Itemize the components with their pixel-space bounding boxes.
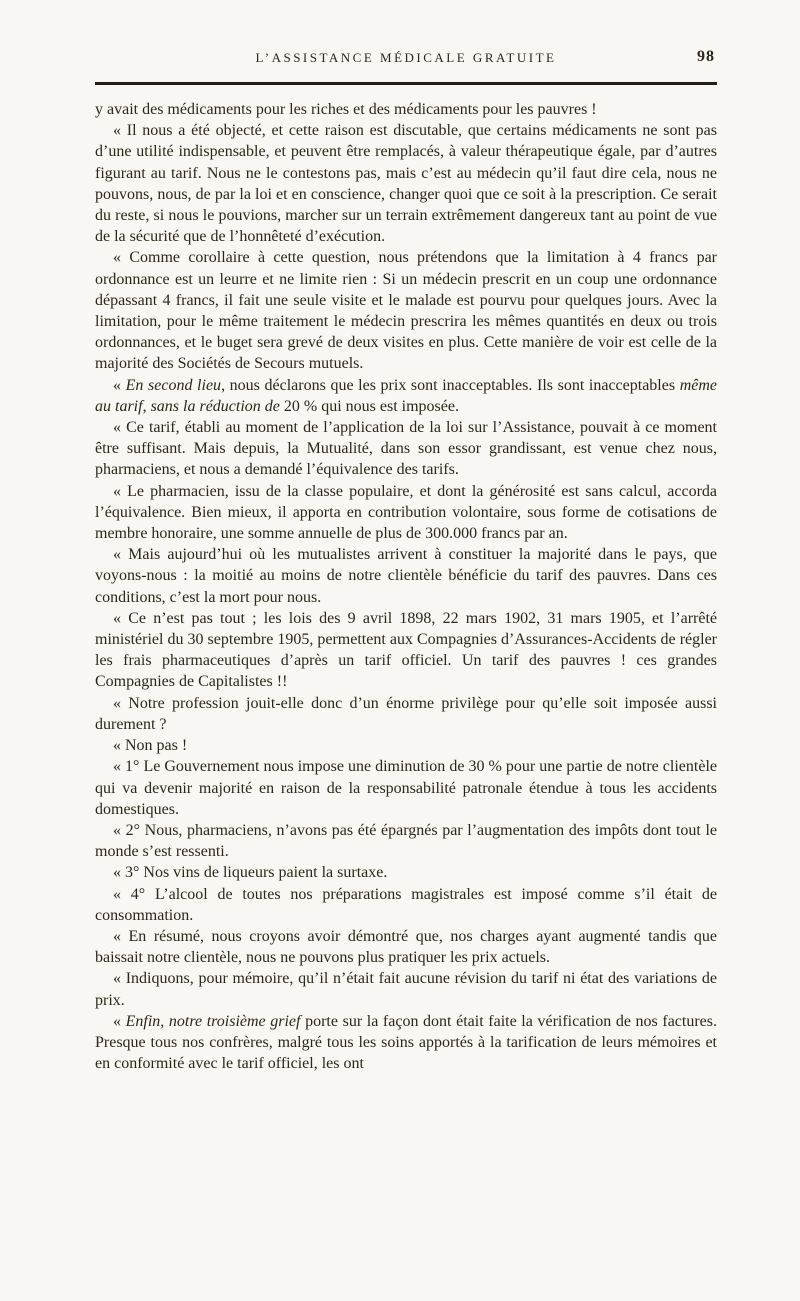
italic-text-run: sans la réduction de — [151, 398, 280, 415]
paragraph: « Non pas ! — [95, 735, 717, 756]
text-run: « Ce tarif, établi au moment de l’applic… — [95, 419, 717, 478]
italic-text-run: Enfin, notre troisième grief — [126, 1013, 301, 1030]
running-head: L’ASSISTANCE MÉDICALE GRATUITE 98 — [95, 50, 717, 74]
paragraph: « Notre profession jouit-elle donc d’un … — [95, 693, 717, 735]
text-run: « Non pas ! — [113, 737, 187, 754]
text-run: « Indiquons, pour mémoire, qu’il n’était… — [95, 970, 717, 1008]
text-run: « Ce n’est pas tout ; les lois des 9 avr… — [95, 610, 717, 691]
paragraph: « 2° Nous, pharmaciens, n’avons pas été … — [95, 820, 717, 862]
paragraph: « Ce n’est pas tout ; les lois des 9 avr… — [95, 608, 717, 693]
paragraph: « Indiquons, pour mémoire, qu’il n’était… — [95, 968, 717, 1010]
header-rule-divider — [95, 82, 717, 85]
italic-text-run: En second lieu — [126, 377, 221, 394]
page-number: 98 — [697, 48, 715, 66]
text-run: , nous déclarons que les prix sont inacc… — [221, 377, 680, 394]
paragraph: « En résumé, nous croyons avoir démontré… — [95, 926, 717, 968]
paragraph: « 3° Nos vins de liqueurs paient la surt… — [95, 862, 717, 883]
paragraph: « 4° L’alcool de toutes nos préparations… — [95, 884, 717, 926]
text-run: « 1° Le Gouvernement nous impose une dim… — [95, 758, 717, 817]
text-run: « Mais aujourd’hui où les mutualistes ar… — [95, 546, 717, 605]
paragraph: « Enfin, notre troisième grief porte sur… — [95, 1011, 717, 1075]
text-run: « — [113, 377, 126, 394]
page-title: L’ASSISTANCE MÉDICALE GRATUITE — [95, 50, 717, 66]
paragraph: « Mais aujourd’hui où les mutualistes ar… — [95, 544, 717, 608]
text-run: « 3° Nos vins de liqueurs paient la surt… — [113, 864, 387, 881]
text-run: « Comme corollaire à cette question, nou… — [95, 249, 717, 372]
text-run: « Notre profession jouit-elle donc d’un … — [95, 695, 717, 733]
paragraph: « En second lieu, nous déclarons que les… — [95, 375, 717, 417]
text-run: , — [143, 398, 151, 415]
paragraph: « Le pharmacien, issu de la classe popul… — [95, 481, 717, 545]
scanned-book-page: L’ASSISTANCE MÉDICALE GRATUITE 98 y avai… — [0, 0, 800, 1301]
paragraph: « Il nous a été objecté, et cette raison… — [95, 120, 717, 247]
paragraph: « 1° Le Gouvernement nous impose une dim… — [95, 756, 717, 820]
text-run: « 4° L’alcool de toutes nos préparations… — [95, 886, 717, 924]
text-run: « — [113, 1013, 126, 1030]
text-run: « En résumé, nous croyons avoir démontré… — [95, 928, 717, 966]
text-run: « Il nous a été objecté, et cette raison… — [95, 122, 717, 245]
text-run: y avait des médicaments pour les riches … — [95, 101, 597, 118]
page-body: y avait des médicaments pour les riches … — [95, 99, 717, 1074]
text-run: « Le pharmacien, issu de la classe popul… — [95, 483, 717, 542]
text-block: L’ASSISTANCE MÉDICALE GRATUITE 98 y avai… — [95, 50, 717, 1074]
paragraph: « Comme corollaire à cette question, nou… — [95, 247, 717, 374]
paragraph: « Ce tarif, établi au moment de l’applic… — [95, 417, 717, 481]
text-run: 20 % qui nous est imposée. — [280, 398, 459, 415]
text-run: « 2° Nous, pharmaciens, n’avons pas été … — [95, 822, 717, 860]
paragraph: y avait des médicaments pour les riches … — [95, 99, 717, 120]
